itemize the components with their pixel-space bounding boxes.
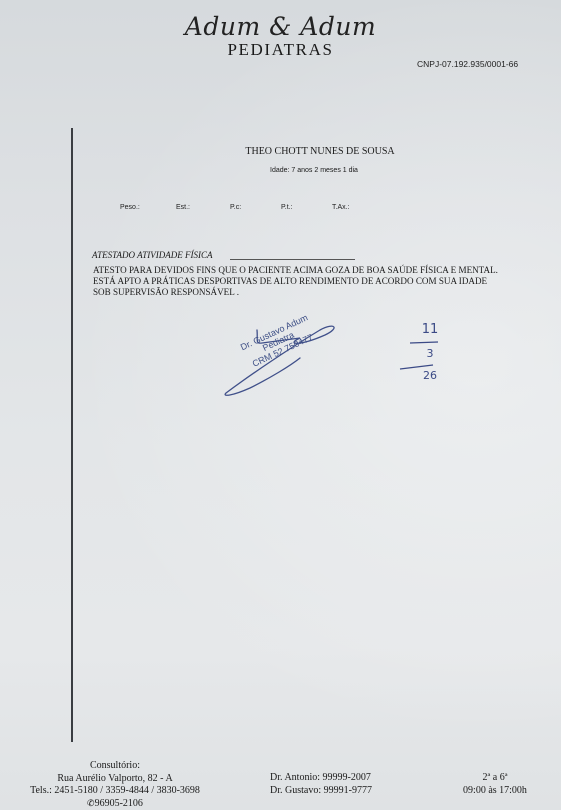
brand-name: Adum & Adum — [0, 12, 561, 41]
margin-rule — [71, 128, 73, 742]
clinic-whatsapp-row: ✆96905-2106 — [0, 798, 230, 810]
body-line: ATESTO PARA DEVIDOS FINS QUE O PACIENTE … — [93, 265, 561, 276]
paper-background — [0, 0, 561, 810]
footer-hours: 2ª a 6ª 09:00 às 17:00h — [440, 772, 550, 797]
clinic-label: Consultório: — [0, 760, 230, 773]
date-day: 11 — [405, 322, 455, 337]
certificate-body: ATESTO PARA DEVIDOS FINS QUE O PACIENTE … — [93, 265, 561, 298]
footer-clinic: Consultório: Rua Aurélio Valporto, 82 - … — [0, 760, 230, 810]
document-type-underline — [230, 259, 355, 260]
patient-age: Idade: 7 anos 2 meses 1 dia — [270, 167, 358, 174]
vital-head-circumference: P.c: — [230, 204, 241, 211]
vital-temperature: T.Ax.: — [332, 204, 350, 211]
clinic-phones: Tels.: 2451-5180 / 3359-4844 / 3830-3698 — [0, 785, 230, 798]
doctor-phone: Dr. Gustavo: 99991-9777 — [270, 785, 400, 798]
office-time: 09:00 às 17:00h — [440, 785, 550, 798]
date-year: 26 — [405, 369, 455, 382]
body-line: ESTÁ APTO A PRÁTICAS DESPORTIVAS DE ALTO… — [93, 276, 561, 287]
body-line: SOB SUPERVISÃO RESPONSÁVEL . — [93, 287, 561, 298]
footer-doctors: Dr. Antonio: 99999-2007 Dr. Gustavo: 999… — [270, 772, 400, 797]
date-fraction-lines — [0, 0, 561, 810]
signature-icon — [0, 0, 561, 810]
doctor-phone: Dr. Antonio: 99999-2007 — [270, 772, 400, 785]
clinic-whatsapp: 96905-2106 — [95, 798, 143, 809]
date-month: 3 — [405, 347, 455, 360]
cnpj-number: CNPJ-07.192.935/0001-66 — [417, 59, 518, 69]
whatsapp-icon: ✆ — [87, 799, 95, 809]
vital-weight: Peso.: — [120, 204, 140, 211]
patient-name: THEO CHOTT NUNES DE SOUSA — [0, 146, 561, 157]
document-type: ATESTADO ATIVIDADE FÍSICA — [92, 250, 213, 260]
vital-chest-circumference: P.t.: — [281, 204, 293, 211]
office-days: 2ª a 6ª — [440, 772, 550, 785]
brand-subtitle: PEDIATRAS — [0, 40, 561, 60]
clinic-address: Rua Aurélio Valporto, 82 - A — [0, 773, 230, 786]
vital-height: Est.: — [176, 204, 190, 211]
stamp-specialty: Pediatra — [222, 311, 335, 371]
doctor-stamp: Dr. Gustavo Adum Pediatra CRM 52.750477 — [218, 302, 356, 416]
